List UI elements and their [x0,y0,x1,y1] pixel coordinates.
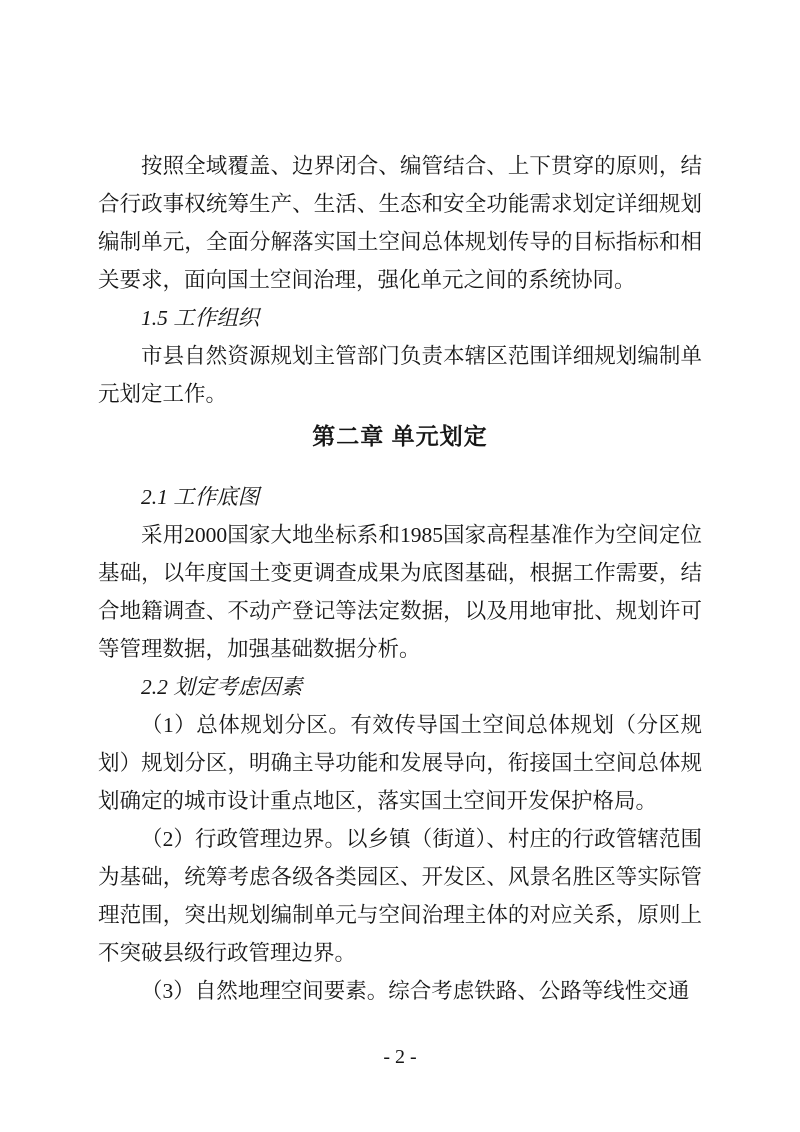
page-content: 按照全域覆盖、边界闭合、编管结合、上下贯穿的原则，结合行政事权统筹生产、生活、生… [98,147,702,1010]
section-heading-2-2: 2.2 划定考虑因素 [98,668,702,706]
page-number: - 2 - [0,1044,800,1070]
document-page: { "content": { "intro_paragraph": "按照全域覆… [0,0,800,1132]
paragraph-1-5-body: 市县自然资源规划主管部门负责本辖区范围详细规划编制单元划定工作。 [98,337,702,413]
chapter-2-title: 第二章 单元划定 [98,415,702,457]
paragraph-2-1-body: 采用2000国家大地坐标系和1985国家高程基准作为空间定位基础，以年度国土变更… [98,516,702,668]
paragraph-unit-principles: 按照全域覆盖、边界闭合、编管结合、上下贯穿的原则，结合行政事权统筹生产、生活、生… [98,147,702,299]
page-sheet: 按照全域覆盖、边界闭合、编管结合、上下贯穿的原则，结合行政事权统筹生产、生活、生… [0,0,800,1132]
section-heading-2-1: 2.1 工作底图 [98,478,702,516]
paragraph-2-2-item-3: （3）自然地理空间要素。综合考虑铁路、公路等线性交通 [98,972,702,1010]
paragraph-2-2-item-2: （2）行政管理边界。以乡镇（街道）、村庄的行政管辖范围为基础，统筹考虑各级各类园… [98,820,702,972]
paragraph-2-2-item-1: （1）总体规划分区。有效传导国土空间总体规划（分区规划）规划分区，明确主导功能和… [98,706,702,820]
section-heading-1-5: 1.5 工作组织 [98,299,702,337]
